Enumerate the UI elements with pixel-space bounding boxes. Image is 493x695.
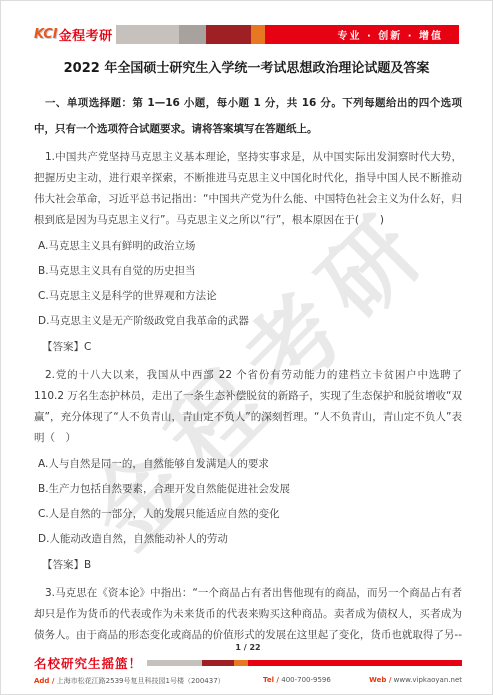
footer: 1 / 22 名校研究生摇篮！ Add / 上海市松花江路2539号复旦科技园1… bbox=[34, 643, 462, 686]
question-2-option-c: C.人是自然的一部分，人的发展只能适应自然的变化 bbox=[34, 502, 462, 527]
question-2-option-d: D.人能动改造自然，自然能动补人的劳动 bbox=[34, 527, 462, 552]
question-2-option-b: B.生产力包括自然要素，合理开发自然能促进社会发展 bbox=[34, 477, 462, 502]
question-1-answer: 【答案】C bbox=[34, 334, 462, 360]
question-2-option-a: A.人与自然是同一的，自然能够自发满足人的要求 bbox=[34, 452, 462, 477]
header-slogan: 专业 · 创新 · 增值 bbox=[337, 27, 443, 42]
footer-segment-darkred bbox=[202, 660, 234, 666]
footer-tel: Tel / 400-700-9596 bbox=[263, 676, 331, 686]
tel-value: 400-700-9596 bbox=[281, 676, 331, 684]
question-1-option-a: A.马克思主义具有鲜明的政治立场 bbox=[34, 234, 462, 259]
address-label: Add / bbox=[34, 677, 54, 685]
banner-segment-darkred bbox=[206, 25, 251, 44]
logo-kci-icon: KCI bbox=[34, 27, 58, 42]
question-2-stem: 2.党的十八大以来，我国从中西部 22 个省份有劳动能力的建档立卡贫困户中选聘了… bbox=[34, 365, 462, 449]
question-1-option-b: B.马克思主义具有自觉的历史担当 bbox=[34, 259, 462, 284]
footer-tagline: 名校研究生摇篮！ bbox=[34, 654, 142, 672]
question-1-option-d: D.马克思主义是无产阶级政党自我革命的武器 bbox=[34, 309, 462, 334]
tel-label: Tel / bbox=[263, 676, 279, 684]
question-2-answer: 【答案】B bbox=[34, 552, 462, 578]
header: KCI 金程考研 专业 · 创新 · 增值 bbox=[34, 25, 459, 44]
banner-segment-orange bbox=[251, 25, 265, 44]
banner-segment-darkgray bbox=[179, 25, 206, 44]
footer-address: Add / 上海市松花江路2539号复旦科技园1号楼（200437） bbox=[34, 676, 225, 686]
banner-segment-red: 专业 · 创新 · 增值 bbox=[265, 25, 459, 44]
section-intro: 一、单项选择题：第 1—16 小题，每小题 1 分，共 16 分。下列每题给出的… bbox=[34, 90, 462, 142]
web-label: Web / bbox=[369, 676, 391, 684]
page-number: 1 / 22 bbox=[34, 643, 462, 652]
question-1-stem: 1.中国共产党坚持马克思主义基本理论，坚持实事求是，从中国实际出发洞察时代大势，… bbox=[34, 147, 462, 231]
logo-text: 金程考研 bbox=[59, 25, 113, 44]
header-banner: 专业 · 创新 · 增值 bbox=[116, 25, 459, 44]
footer-segment-gray bbox=[147, 660, 202, 666]
footer-contact-row: Add / 上海市松花江路2539号复旦科技园1号楼（200437） Tel /… bbox=[34, 676, 462, 686]
banner-segment-gray bbox=[116, 25, 179, 44]
question-1-option-c: C.马克思主义是科学的世界观和方法论 bbox=[34, 284, 462, 309]
logo: KCI 金程考研 bbox=[34, 25, 113, 44]
footer-segment-red bbox=[248, 660, 462, 666]
document-page: 金程考研 KCI 金程考研 专业 · 创新 · 增值 2022 年全国硕士研究生… bbox=[0, 0, 493, 695]
footer-banner-row: 名校研究生摇篮！ bbox=[34, 654, 462, 672]
web-value: www.vipkaoyan.net bbox=[394, 676, 462, 684]
footer-banner bbox=[147, 660, 462, 666]
address-value: 上海市松花江路2539号复旦科技园1号楼（200437） bbox=[57, 677, 225, 685]
page-title: 2022 年全国硕士研究生入学统一考试思想政治理论试题及答案 bbox=[11, 57, 482, 76]
exam-content: 一、单项选择题：第 1—16 小题，每小题 1 分，共 16 分。下列每题给出的… bbox=[34, 90, 462, 670]
footer-web: Web / www.vipkaoyan.net bbox=[369, 676, 462, 686]
footer-segment-orange bbox=[234, 660, 248, 666]
